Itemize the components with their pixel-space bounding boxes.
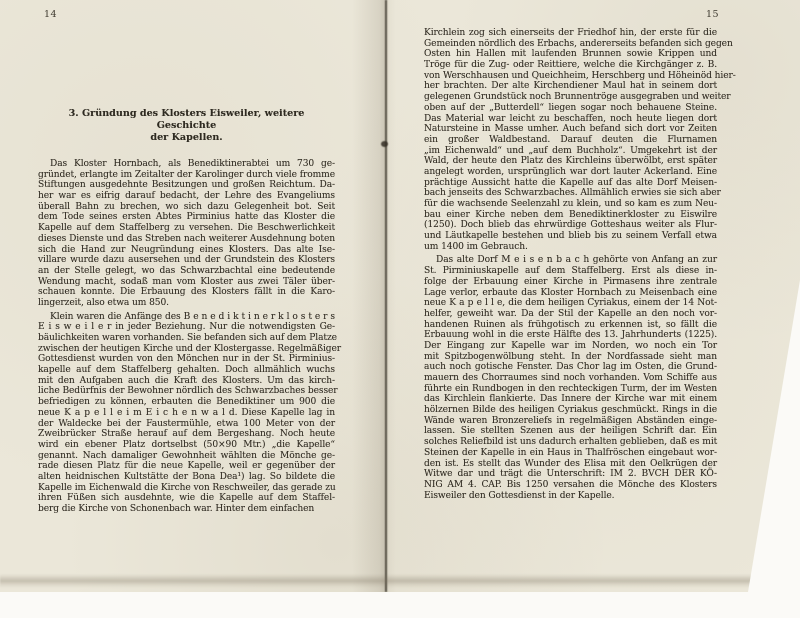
text-line: folge der Erbauung einer Kirche in Pirma… bbox=[424, 277, 717, 288]
text-line: bau einer Kirche neben dem Benediktinerk… bbox=[424, 210, 717, 221]
paragraph: Das Kloster Hornbach, als Benediktinerab… bbox=[38, 159, 335, 309]
text-line: Der Eingang zur Kapelle war im Norden, w… bbox=[424, 341, 717, 352]
page-15: Kirchlein zog sich einerseits der Friedh… bbox=[424, 0, 717, 501]
text-line: ihren Füßen sich ausdehnte, wie die Kape… bbox=[38, 493, 335, 504]
text-line: her brachten. Der alte Kirchendiener Mau… bbox=[424, 81, 717, 92]
text-line: hölzernen Bilde des heiligen Cyriakus ge… bbox=[424, 405, 717, 416]
paragraph: Das alte Dorf M e i s e n b a c h gehört… bbox=[424, 255, 717, 501]
text-line: Kapelle im Eichenwald die Kirche von Res… bbox=[38, 483, 335, 494]
text-line: sich die Hand zur Neugründung eines Klos… bbox=[38, 245, 335, 256]
text-line: Osten hin Hallen mit laufenden Brunnen s… bbox=[424, 49, 717, 60]
text-line: Zweibrücker Straße herauf auf dem Berges… bbox=[38, 429, 335, 440]
text-line: (1250). Doch blieb das ehrwürdige Gottes… bbox=[424, 220, 717, 231]
text-line: St. Pirminiuskapelle auf dem Staffelberg… bbox=[424, 266, 717, 277]
paragraph: Kirchlein zog sich einerseits der Friedh… bbox=[424, 28, 717, 252]
text-line: E i s w e i l e r in jeder Beziehung. Nu… bbox=[38, 322, 335, 333]
text-line: angelegt worden, ursprünglich war dort l… bbox=[424, 167, 717, 178]
text-line: Lage verlor, erbaute das Kloster Hornbac… bbox=[424, 288, 717, 299]
text-line: Tröge für die Zug- oder Reittiere, welch… bbox=[424, 60, 717, 71]
gutter-ink-spot bbox=[381, 141, 388, 147]
text-line: schauen konnte. Die Erbauung des Kloster… bbox=[38, 287, 335, 298]
text-line: Natursteine in Masse umher. Auch befand … bbox=[424, 124, 717, 135]
text-line: Das Kloster Hornbach, als Benediktinerab… bbox=[38, 159, 335, 170]
text-line: an der Stelle gelegt, wo das Schwarzbach… bbox=[38, 266, 335, 277]
text-line: lingerzeit, also etwa um 850. bbox=[38, 298, 335, 309]
text-line: Wendung macht, sodaß man vom Kloster aus… bbox=[38, 277, 335, 288]
text-line: gründet, erlangte im Zeitalter der Karol… bbox=[38, 170, 335, 181]
text-line: und Läutkapelle bestehen und blieb bis z… bbox=[424, 231, 717, 242]
text-line: dieses Dienste und das Streben nach weit… bbox=[38, 234, 335, 245]
text-line: liche Bedürfnis der Bewohner nördlich de… bbox=[38, 386, 335, 397]
text-line: handenen Ruinen als frühgotisch zu erken… bbox=[424, 320, 717, 331]
gutter-shadow bbox=[352, 0, 396, 592]
text-line: ein großer Waldbestand. Darauf deuten di… bbox=[424, 135, 717, 146]
text-line: mit den Aufgaben auch die Kraft des Klos… bbox=[38, 376, 335, 387]
text-line: her war es eifrig darauf bedacht, der Le… bbox=[38, 191, 335, 202]
text-line: auch noch gotische Fenster. Das Chor lag… bbox=[424, 362, 717, 373]
text-line: Gottesdienst wurden von den Mönchen nur … bbox=[38, 354, 335, 365]
text-line: Kapelle auf dem Staffelberg zu versehen.… bbox=[38, 223, 335, 234]
text-line: zwischen der heutigen Kirche und der Klo… bbox=[38, 344, 335, 355]
text-line: Kirchlein zog sich einerseits der Friedh… bbox=[424, 28, 717, 39]
text-line: Wald, der heute den Platz des Kirchleins… bbox=[424, 156, 717, 167]
text-line: von Werschhausen und Queichheim, Herschb… bbox=[424, 71, 717, 82]
gutter-fold-line bbox=[385, 0, 387, 592]
heading-line-2: der Kapellen. bbox=[38, 132, 335, 144]
book-page-spread: 14 15 3. Gründung des Klosters Eisweiler… bbox=[0, 0, 800, 618]
page-14: 3. Gründung des Klosters Eisweiler, weit… bbox=[38, 0, 335, 515]
text-line: villare wurde dazu ausersehen und der Gr… bbox=[38, 255, 335, 266]
page-14-body: Das Kloster Hornbach, als Benediktinerab… bbox=[38, 159, 335, 515]
text-line: führte ein Rundbogen in den rechteckigen… bbox=[424, 384, 717, 395]
text-line: Witwe dar und trägt die Unterschrift: IM… bbox=[424, 469, 717, 480]
paragraph: Klein waren die Anfänge des B e n e d i … bbox=[38, 312, 335, 515]
text-line: prächtige Aussicht hatte die Kapelle auf… bbox=[424, 178, 717, 189]
text-line: mauern des Chorraumes sind noch vorhande… bbox=[424, 373, 717, 384]
text-line: genannt. Nach damaliger Gewohnheit wählt… bbox=[38, 451, 335, 462]
text-line: Steinen der Kapelle in ein Haus in Thalf… bbox=[424, 448, 717, 459]
text-line: Das alte Dorf M e i s e n b a c h gehört… bbox=[424, 255, 717, 266]
heading-line-1: 3. Gründung des Klosters Eisweiler, weit… bbox=[38, 108, 335, 132]
text-line: der Waldecke bei der Faustermühle, etwa … bbox=[38, 419, 335, 430]
text-line: berg die Kirche von Schonenbach war. Hin… bbox=[38, 504, 335, 515]
text-line: Das Material war leicht zu beschaffen, n… bbox=[424, 114, 717, 125]
text-line: lassen. Sie stellten Szenen aus der heil… bbox=[424, 426, 717, 437]
text-line: oben auf der „Butterdell“ liegen sogar n… bbox=[424, 103, 717, 114]
text-line: neue K a p e l l e i m E i c h e n w a l… bbox=[38, 408, 335, 419]
text-line: bäulichkeiten waren vorhanden. Sie befan… bbox=[38, 333, 335, 344]
text-line: kapelle auf dem Staffelberg gehalten. Do… bbox=[38, 365, 335, 376]
text-line: um 1400 im Gebrauch. bbox=[424, 242, 717, 253]
page-15-body: Kirchlein zog sich einerseits der Friedh… bbox=[424, 28, 717, 501]
text-line: gelegenen Grundstück noch Brunnentröge a… bbox=[424, 92, 717, 103]
section-heading: 3. Gründung des Klosters Eisweiler, weit… bbox=[38, 108, 335, 144]
text-line: NIG AM 4. CAP. Bis 1250 versahen die Mön… bbox=[424, 480, 717, 491]
text-line: wird ein ebener Platz dortselbst (50×90 … bbox=[38, 440, 335, 451]
text-line: Klein waren die Anfänge des B e n e d i … bbox=[38, 312, 335, 323]
book-scan: 14 15 3. Gründung des Klosters Eisweiler… bbox=[0, 0, 800, 618]
text-line: bach jenseits des Schwarzbaches. Allmähl… bbox=[424, 188, 717, 199]
text-line: alten heidnischen Kultstätte der Bona De… bbox=[38, 472, 335, 483]
text-line: den ist. Es stellt das Wunder des Elisa … bbox=[424, 459, 717, 470]
text-line: helfer, geweiht war. Da der Stil der Kap… bbox=[424, 309, 717, 320]
text-line: Eisweiler den Gottesdienst in der Kapell… bbox=[424, 491, 717, 502]
text-line: mit Spitzbogenwölbung steht. In der Nord… bbox=[424, 352, 717, 363]
bottom-crease-shadow bbox=[0, 574, 752, 588]
text-line: überall Bahn zu brechen, wo sich dazu Ge… bbox=[38, 202, 335, 213]
text-line: „im Eichenwald“ und „auf dem Buchholz“. … bbox=[424, 146, 717, 157]
text-line: befriedigen zu können, erbauten die Bene… bbox=[38, 397, 335, 408]
text-line: Stiftungen ausgedehnte Besitzungen und g… bbox=[38, 180, 335, 191]
text-line: Wände waren Bronzereliefs in regelmäßige… bbox=[424, 416, 717, 427]
text-line: dem Tode seines ersten Abtes Pirminius h… bbox=[38, 212, 335, 223]
text-line: solches Reliefbild ist uns dadurch erhal… bbox=[424, 437, 717, 448]
text-line: Gemeinden nördlich des Erbachs, anderers… bbox=[424, 39, 717, 50]
text-line: Erbauung wohl in die erste Hälfte des 13… bbox=[424, 330, 717, 341]
text-line: rade diesen Platz für die neue Kapelle, … bbox=[38, 461, 335, 472]
text-line: für die wachsende Seelenzahl zu klein, u… bbox=[424, 199, 717, 210]
text-line: das Kirchlein flankierte. Das Innere der… bbox=[424, 394, 717, 405]
text-line: neue K a p e l l e, die dem heiligen Cyr… bbox=[424, 298, 717, 309]
